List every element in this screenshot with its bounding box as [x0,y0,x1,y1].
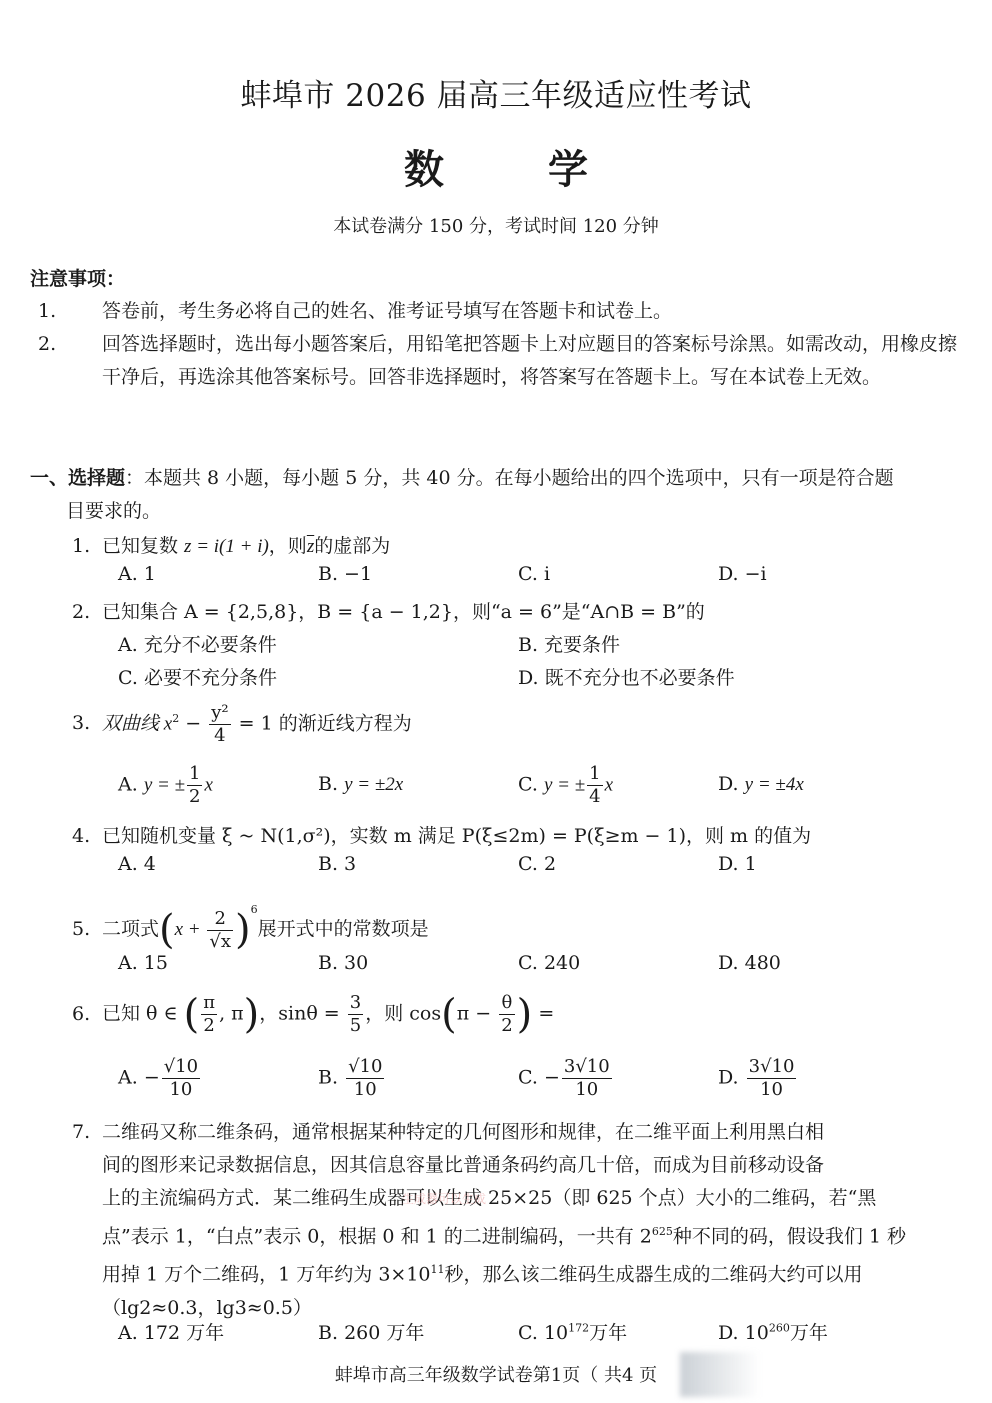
option-b[interactable]: B. −1 [318,563,372,585]
option-a[interactable]: A. 充分不必要条件 [118,630,277,657]
option-b[interactable]: B. 260 万年 [318,1318,424,1345]
option-c[interactable]: C. i [518,563,550,585]
option-b[interactable]: B. y = ±2x [318,773,403,796]
option-a[interactable]: A. −√1010 [118,1058,202,1099]
question-1-options: A. 1 B. −1 C. i D. −i [118,563,978,596]
subject-char: 数 [404,138,444,195]
question-4-options: A. 4 B. 3 C. 2 D. 1 [118,853,978,886]
question-3: 3.双曲线 x2 − y²4 = 1 的渐近线方程为 [72,702,967,745]
option-c[interactable]: C. 240 [518,952,580,974]
question-5: 5.二项式(x + 2√x)6展开式中的常数项是 [72,893,967,951]
option-a[interactable]: A. 1 [118,563,156,585]
option-b[interactable]: B. √1010 [318,1058,386,1099]
option-d[interactable]: D. 1 [718,853,757,875]
notice-item: 2.回答选择题时，选出每小题答案后，用铅笔把答题卡上对应题目的答案标号涂黑。如需… [70,328,964,394]
option-b[interactable]: B. 3 [318,853,356,875]
option-c[interactable]: C. 2 [518,853,556,875]
watermark: 生成器可以生成 [402,1190,486,1207]
exam-title: 蚌埠市 2026 届高三年级适应性考试 [0,70,992,115]
notice-heading: 注意事项： [30,264,125,291]
question-5-options: A. 15 B. 30 C. 240 D. 480 [118,952,978,985]
question-6: 6.已知 θ ∈ (π2, π)，sinθ = 35，则 cos(π − θ2)… [72,994,967,1035]
question-3-options: A. y = ±12x B. y = ±2x C. y = ±14x D. y … [118,765,978,810]
subject-title: 数学 [0,138,992,195]
question-7-options: A. 172 万年 B. 260 万年 C. 10172万年 D. 10260万… [118,1318,978,1351]
option-c[interactable]: C. 必要不充分条件 [118,663,277,690]
option-d[interactable]: D. 既不充分也不必要条件 [518,663,735,690]
page-curl-shadow [680,1352,880,1397]
option-b[interactable]: B. 30 [318,952,368,974]
option-d[interactable]: D. −i [718,563,767,585]
option-d[interactable]: D. 480 [718,952,781,974]
question-4: 4.已知随机变量 ξ ~ N(1,σ²)，实数 m 满足 P(ξ≤2m) = P… [72,820,967,853]
notice-list: 1.答卷前，考生务必将自己的姓名、准考证号填写在答题卡和试卷上。 2.回答选择题… [70,295,970,394]
question-2: 2.已知集合 A = {2,5,8}，B = {a − 1,2}，则“a = 6… [72,596,967,629]
question-1: 1.已知复数 z = i(1 + i)，则z的虚部为 [72,530,967,563]
section-header: 一、选择题：本题共 8 小题，每小题 5 分，共 40 分。在每小题给出的四个选… [30,462,970,528]
option-a[interactable]: A. 172 万年 [118,1318,224,1345]
notice-item: 1.答卷前，考生务必将自己的姓名、准考证号填写在答题卡和试卷上。 [70,295,970,328]
option-a[interactable]: A. 15 [118,952,168,974]
option-c[interactable]: C. −3√1010 [518,1058,614,1099]
option-a[interactable]: A. y = ±12x [118,765,213,806]
option-a[interactable]: A. 4 [118,853,156,875]
option-c[interactable]: C. 10172万年 [518,1318,627,1345]
fraction: y²4 [209,704,230,745]
section-label: 一、选择题 [30,467,125,489]
option-c[interactable]: C. y = ±14x [518,765,613,806]
option-d[interactable]: D. y = ±4x [718,773,804,796]
option-d[interactable]: D. 3√1010 [718,1058,798,1099]
subject-char: 学 [548,138,588,195]
option-d[interactable]: D. 10260万年 [718,1318,828,1345]
question-2-options-row1: A. 充分不必要条件 B. 充要条件 [118,630,978,663]
question-6-options: A. −√1010 B. √1010 C. −3√1010 D. 3√1010 [118,1058,978,1104]
exam-meta: 本试卷满分 150 分，考试时间 120 分钟 [0,212,992,238]
question-2-options-row2: C. 必要不充分条件 D. 既不充分也不必要条件 [118,663,978,696]
question-7: 7.二维码又称二维条码，通常根据某种特定的几何图形和规律，在二维平面上利用黑白相… [72,1116,967,1325]
fraction: 2√x [207,910,233,951]
option-b[interactable]: B. 充要条件 [518,630,620,657]
